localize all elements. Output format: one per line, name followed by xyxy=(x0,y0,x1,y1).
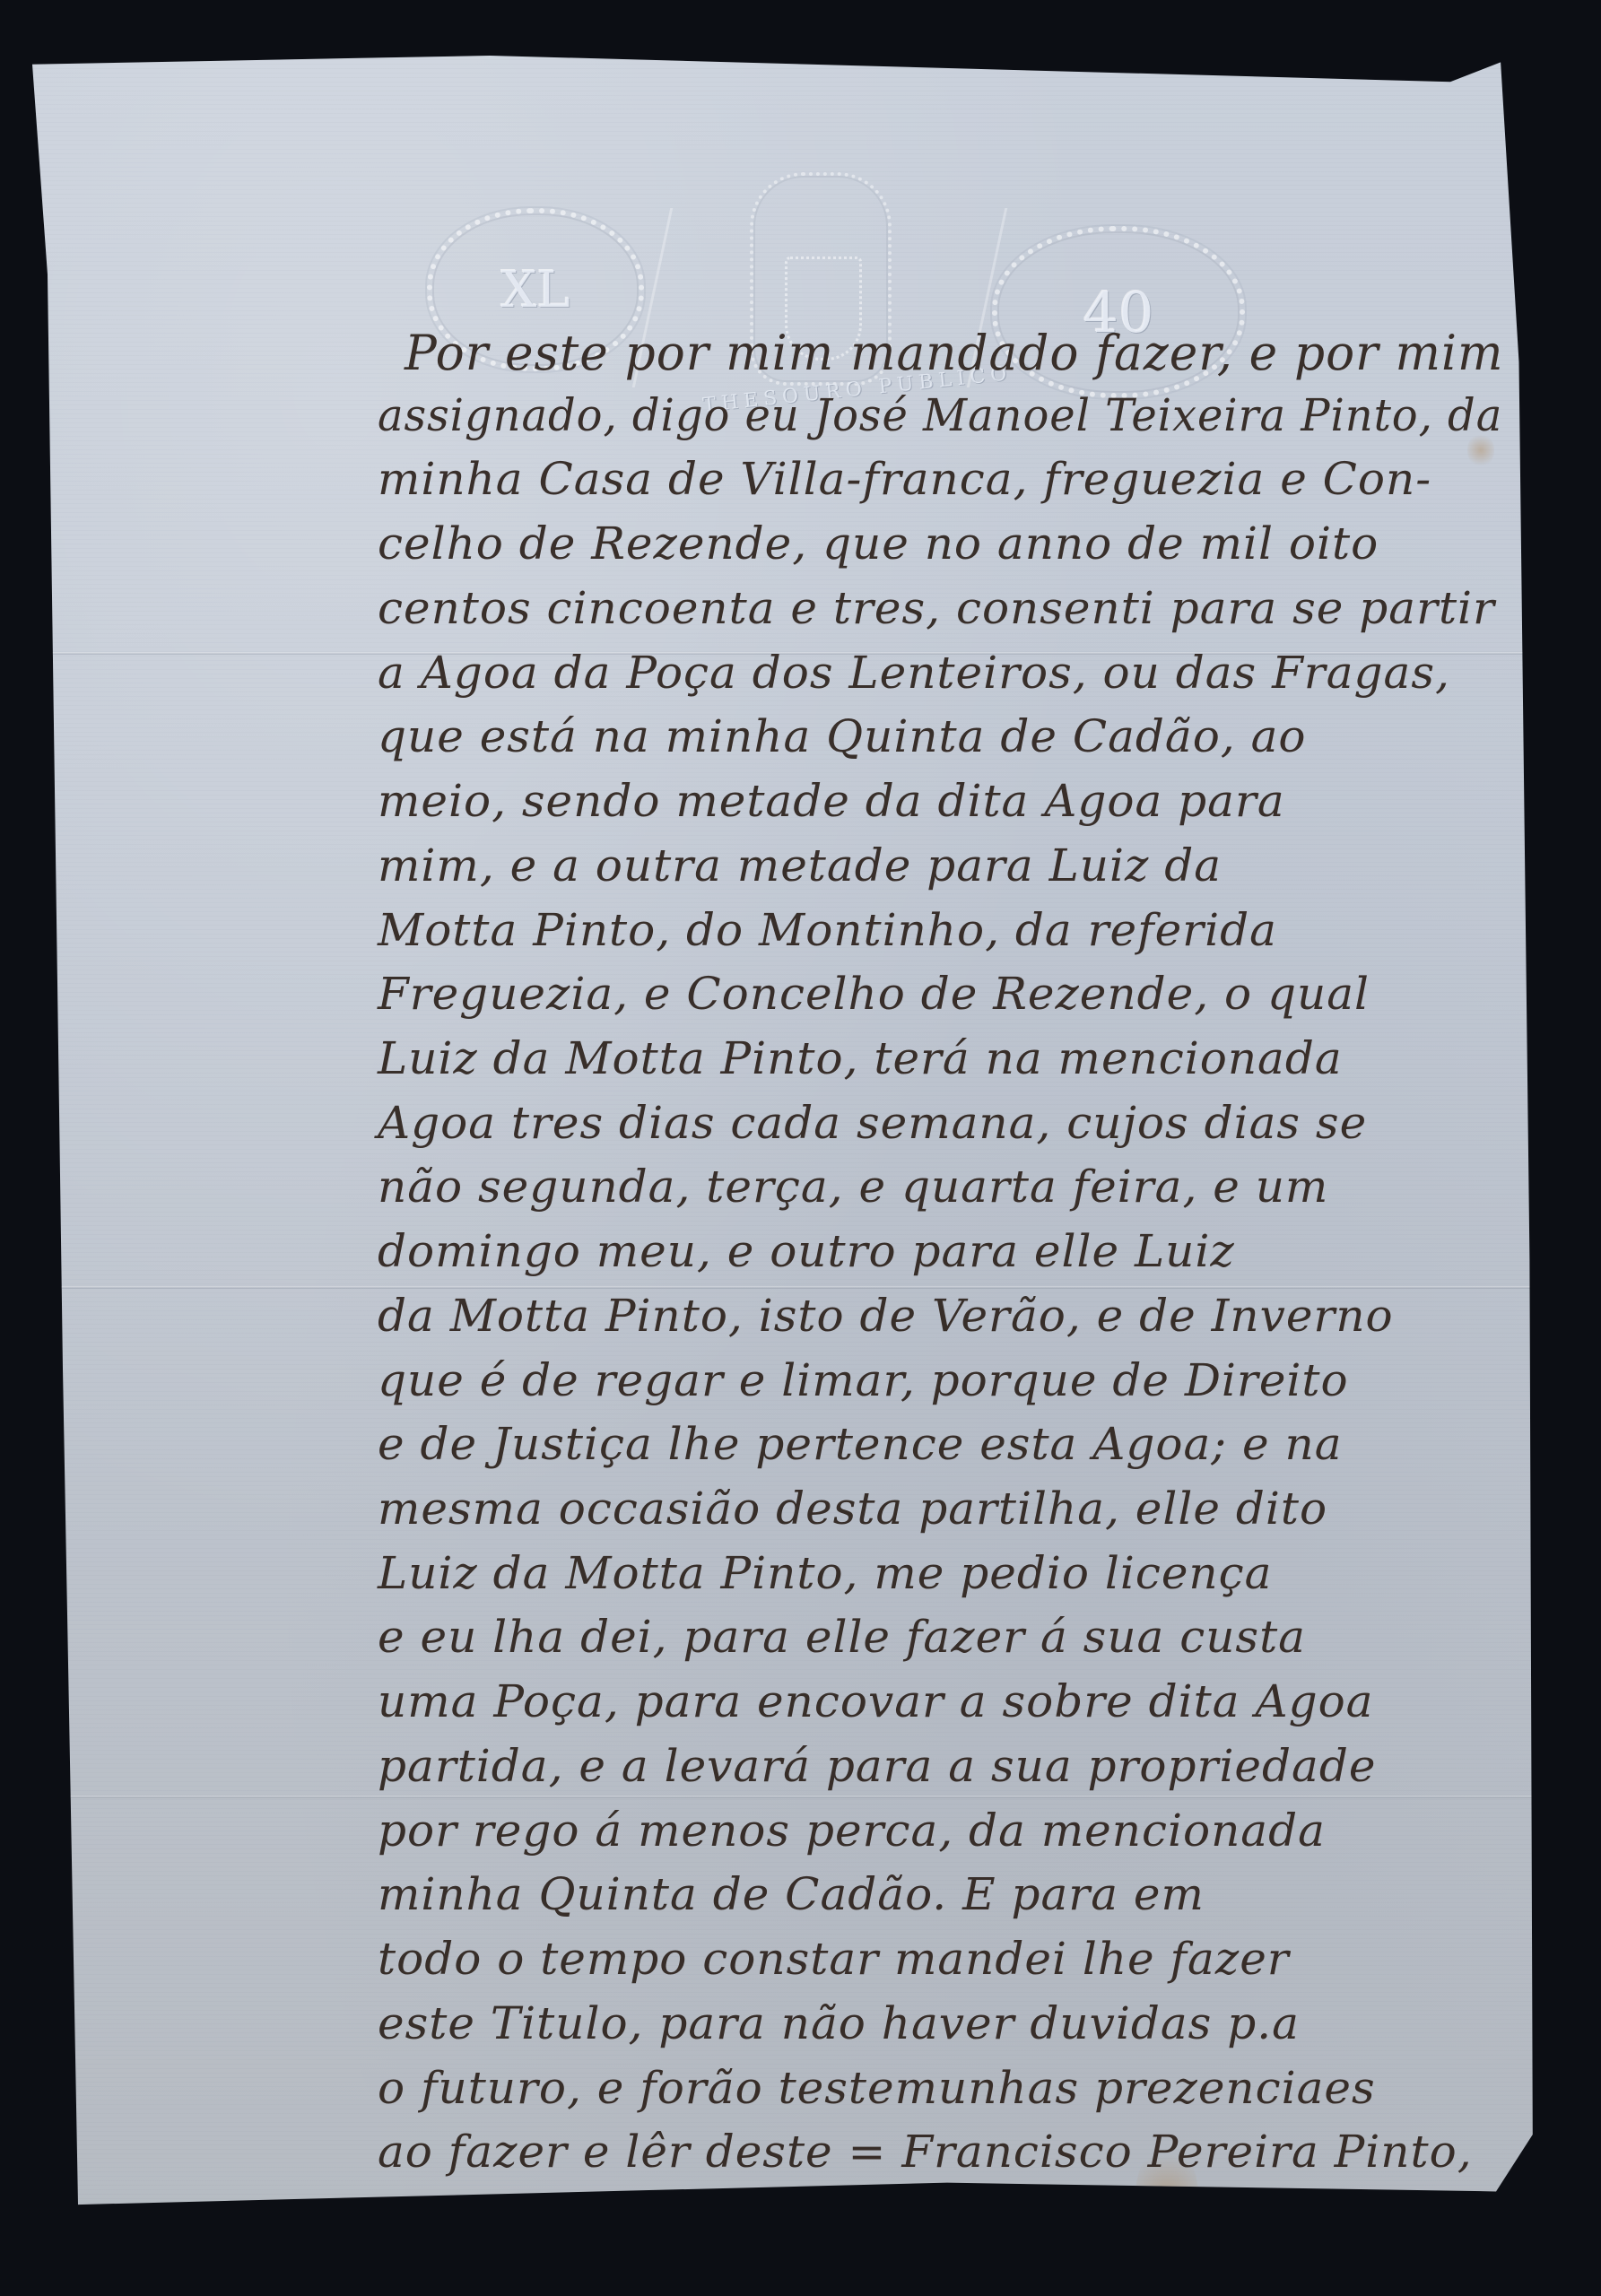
text-line: mim, e a outra metade para Luiz da xyxy=(378,839,1222,891)
text-line: e de Justiça lhe pertence esta Agoa; e n… xyxy=(378,1418,1343,1470)
handwritten-text: Por este por mim mandado fazer, e por mi… xyxy=(32,56,1557,2244)
text-line: minha Quinta de Cadão. E para em xyxy=(378,1868,1205,1920)
text-line: que é de regar e limar, porque de Direit… xyxy=(378,1354,1349,1406)
text-line: não segunda, terça, e quarta feira, e um xyxy=(378,1161,1328,1213)
text-line: minha Casa de Villa-franca, freguezia e … xyxy=(378,453,1431,505)
text-line: Motta Pinto, do Montinho, da referida xyxy=(378,904,1277,956)
text-line: Por este por mim mandado fazer, e por mi… xyxy=(405,325,1503,381)
text-line: este Titulo, para não haver duvidas p.a xyxy=(378,1997,1300,2049)
text-line: mesma occasião desta partilha, elle dito xyxy=(378,1483,1327,1535)
text-line: e eu lha dei, para elle fazer á sua cust… xyxy=(378,1611,1306,1663)
text-line: que está na minha Quinta de Cadão, ao xyxy=(378,710,1307,762)
manuscript-page: XL 40 THESOURO PUBLICO Por este por mim … xyxy=(32,56,1557,2244)
text-line: Luiz da Motta Pinto, terá na mencionada xyxy=(378,1032,1343,1084)
text-line: ao fazer e lêr deste = Francisco Pereira… xyxy=(378,2126,1473,2178)
text-line: meio, sendo metade da dita Agoa para xyxy=(378,775,1285,827)
text-line: a Agoa da Poça dos Lenteiros, ou das Fra… xyxy=(378,647,1450,699)
text-line: Agoa tres dias cada semana, cujos dias s… xyxy=(378,1097,1367,1149)
text-line: centos cincoenta e tres, consenti para s… xyxy=(378,582,1495,634)
text-line: domingo meu, e outro para elle Luiz xyxy=(378,1225,1235,1277)
text-line: todo o tempo constar mandei lhe fazer xyxy=(378,1933,1290,1985)
text-line: da Motta Pinto, isto de Verão, e de Inve… xyxy=(378,1290,1394,1342)
text-line: o futuro, e forão testemunhas prezenciae… xyxy=(378,2062,1376,2114)
text-line: Freguezia, e Concelho de Rezende, o qual xyxy=(378,968,1370,1020)
text-line: assignado, digo eu José Manoel Teixeira … xyxy=(378,389,1502,441)
text-line: uma Poça, para encovar a sobre dita Agoa xyxy=(378,1675,1373,1727)
text-line: Luiz da Motta Pinto, me pedio licença xyxy=(378,1547,1272,1599)
text-line: celho de Rezende, que no anno de mil oit… xyxy=(378,517,1379,570)
text-line: por rego á menos perca, da mencionada xyxy=(378,1805,1326,1857)
text-line: partida, e a levará para a sua proprieda… xyxy=(378,1740,1376,1792)
text-line: Viuvo, do Lugar do Assoventimo, e Joaqui… xyxy=(378,2190,1404,2242)
